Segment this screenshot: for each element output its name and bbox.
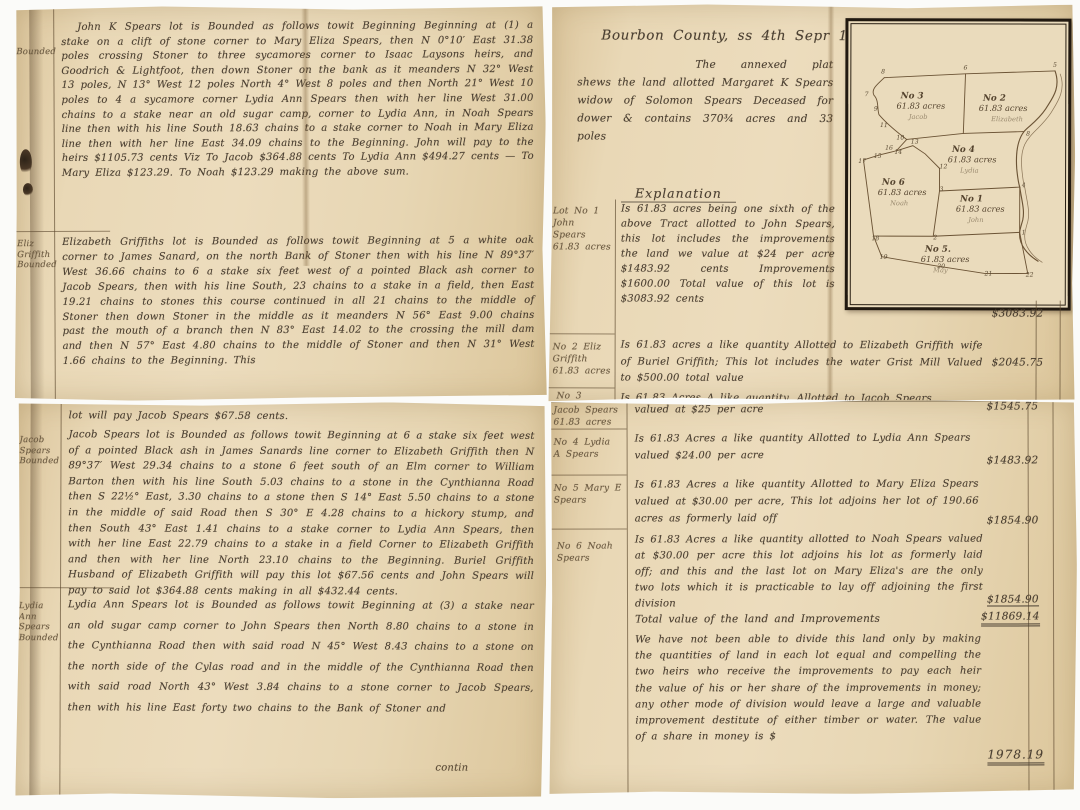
plat-label: 20 (936, 263, 945, 270)
margin-rule (59, 401, 61, 797)
plat-label: 5 (1053, 62, 1057, 69)
plat-label: 61.83 acres (897, 101, 946, 111)
plat-label: Jacob (907, 113, 928, 121)
plat-label: 61.83 acres (956, 204, 1005, 214)
page-bottom-right: Jacob Spears 61.83 acres valued at $25 p… (548, 399, 1077, 794)
entry-separator (549, 333, 615, 334)
page-bottom-left: lot will pay Jacob Spears $67.58 cents. … (15, 401, 546, 799)
explanation-entry-lot5: Is 61.83 Acres a like quantity Allotted … (635, 476, 979, 528)
plat-label: 18 (871, 235, 879, 242)
amount-lot4: $1483.92 (987, 454, 1039, 466)
plat-label: Lydia (959, 167, 979, 175)
margin-note: No 4 Lydia A Spears (554, 437, 622, 461)
margin-note: Jacob Spears Bounded (19, 435, 57, 467)
plat-label: 15 (874, 153, 882, 160)
plat-label: Noah (889, 199, 908, 207)
plat-label: 11 (880, 122, 888, 129)
plat-label: 61.83 acres (948, 154, 997, 164)
margin-note: No 2 Eliz Griffith 61.83 acres (553, 341, 611, 377)
amount-lot3: $1545.75 (986, 400, 1038, 412)
explanation-entry-lot2: Is 61.83 acres a like quantity Allotted … (621, 337, 983, 390)
page-top-left: Bounded John K Spears lot is Bounded as … (13, 5, 547, 401)
paper-crease (301, 6, 310, 266)
plat-label: John (966, 216, 983, 224)
plat-label: 2 (932, 234, 937, 241)
plat-label: 13 (911, 139, 919, 146)
margin-note: No 5 Mary E Spears (554, 483, 622, 507)
page-top-right: Bourbon County, ss 4th Sepr 1833 The ann… (548, 3, 1075, 402)
plat-label: 19 (880, 254, 888, 261)
plat-label: 3 (940, 186, 944, 193)
amount-lot2: $2045.75 (992, 356, 1044, 368)
closing-paragraph: We have not been able to divide this lan… (635, 632, 981, 769)
plat-label: 1 (1022, 229, 1026, 236)
plat-label: 14 (894, 149, 902, 156)
deed-entry-lydia-ann-spears: Lydia Ann Spears lot is Bounded as follo… (67, 595, 534, 767)
margin-rule (626, 400, 628, 794)
margin-note: Lydia Ann Spears Bounded (19, 601, 57, 643)
amount-column-rule (1059, 301, 1060, 403)
paper-crease (826, 4, 834, 402)
plat-label: 4 (1021, 182, 1026, 189)
explanation-entry-lot3-continued: valued at $25 per acre (634, 403, 934, 418)
plat-label: 8 (881, 69, 885, 76)
amount-lot1: $3083.92 (992, 307, 1044, 319)
margin-note: Jacob Spears 61.83 acres (553, 405, 621, 429)
entry-separator (14, 231, 110, 232)
deed-entry-john-spears: John K Spears lot is Bounded as follows … (61, 19, 534, 227)
section-heading: Explanation (621, 186, 736, 203)
plat-label: 6 (963, 65, 967, 72)
amount-lot6: $1854.90 (987, 593, 1039, 606)
catchword: contin (435, 763, 468, 774)
deed-entry-jacob-spears: Jacob Spears lot is Bounded as follows t… (68, 427, 535, 585)
margin-note: Bounded (16, 47, 50, 58)
plat-label: 61.83 acres (921, 254, 970, 264)
plat-drawing: No 361.83 acresJacobNo 261.83 acresEliza… (851, 24, 1066, 306)
carryover-line: lot will pay Jacob Spears $67.58 cents. (69, 409, 429, 425)
plat-label: 17 (858, 158, 866, 165)
entry-separator (549, 528, 627, 529)
plat-label: 8 (1026, 131, 1030, 138)
entry-separator (549, 387, 615, 388)
margin-note: No 6 Noah Spears (557, 540, 625, 564)
plat-label: 16 (885, 145, 893, 152)
deed-entry-elizabeth-griffith: Elizabeth Griffiths lot is Bounded as fo… (62, 234, 535, 396)
intro-paragraph: The annexed plat shews the land allotted… (577, 55, 833, 186)
document-scan: Bounded John K Spears lot is Bounded as … (0, 0, 1080, 810)
margin-note: Lot No 1 John Spears 61.83 acres (553, 205, 611, 253)
margin-note: Eliz Griffith Bounded (17, 239, 51, 271)
plat-label: 10 (896, 134, 904, 141)
explanation-entry-lot4: Is 61.83 Acres a like quantity Allotted … (635, 430, 971, 465)
plat-label: 21 (984, 270, 993, 277)
plat-label: 12 (940, 163, 948, 170)
ink-blotch (23, 183, 33, 196)
explanation-entry-lot6: Is 61.83 Acres a like quantity allotted … (635, 532, 983, 613)
share-value-amount: 1978.19 (987, 747, 1044, 765)
entry-separator (549, 474, 627, 475)
plat-label: 61.83 acres (878, 187, 927, 197)
plat-label: 7 (865, 91, 869, 98)
total-value-line: Total value of the land and Improvements (635, 612, 975, 627)
total-value-amount: $11869.14 (981, 610, 1040, 626)
page-fold-shadow (29, 7, 45, 401)
plat-label: 9 (874, 106, 878, 113)
ink-blotch (20, 149, 32, 175)
plat-lot-labels: No 361.83 acresJacobNo 261.83 acresEliza… (878, 91, 1028, 274)
plat-label: Elizabeth (990, 115, 1023, 123)
plat-map: No 361.83 acresJacobNo 261.83 acresEliza… (845, 18, 1072, 311)
explanation-entry-lot1: Is 61.83 acres being one sixth of the ab… (621, 201, 835, 334)
plat-label: 61.83 acres (979, 103, 1028, 113)
amount-column-rule (1052, 399, 1054, 793)
margin-rule (614, 199, 616, 401)
plat-label: 22 (1025, 272, 1034, 279)
margin-rule (53, 7, 56, 401)
amount-lot5: $1854.90 (987, 514, 1039, 526)
margin-note: No 3 (556, 391, 614, 402)
